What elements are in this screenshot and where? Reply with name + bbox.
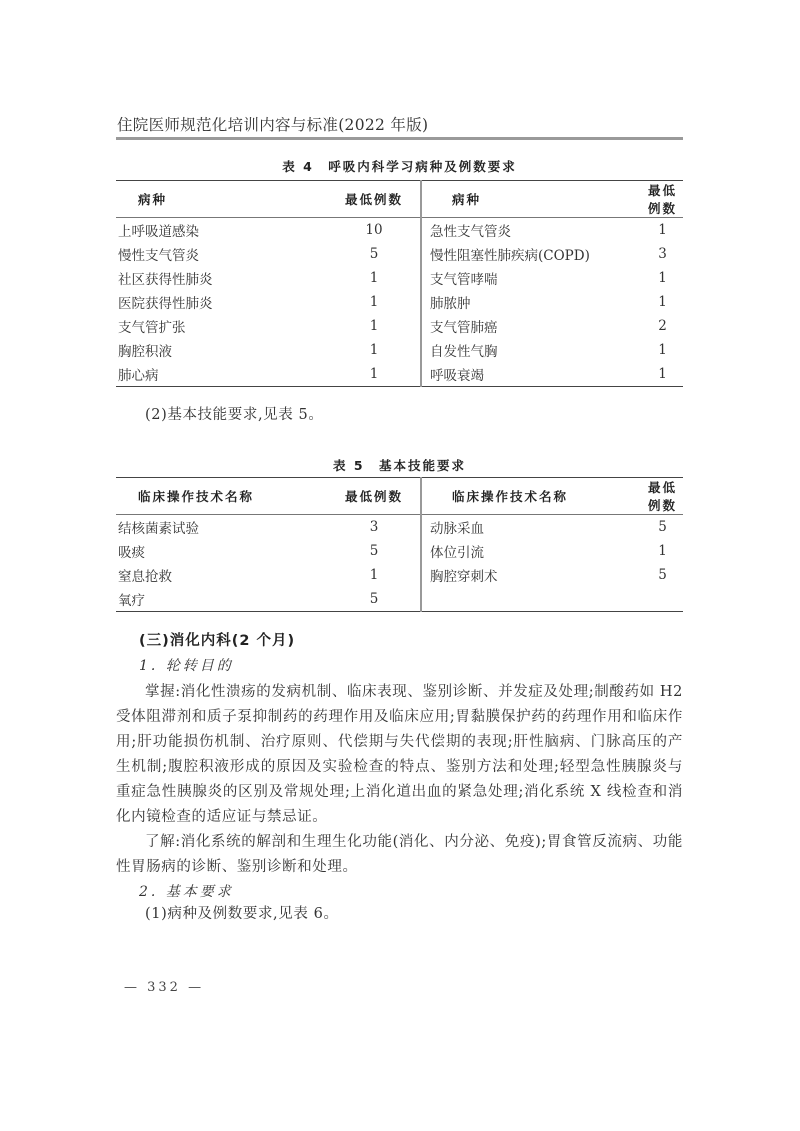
table5-header: 临床操作技术名称 xyxy=(421,478,642,515)
table-cell: 胸腔穿刺术 xyxy=(421,563,642,587)
table5-caption: 表 5 基本技能要求 xyxy=(116,456,683,474)
table-cell: 急性支气管炎 xyxy=(421,218,642,243)
table-cell: 窒息抢救 xyxy=(116,563,328,587)
table5-header: 最低例数 xyxy=(642,478,683,515)
table-cell: 医院获得性肺炎 xyxy=(116,290,328,314)
table-row: 胸腔积液 1 自发性气胸 1 xyxy=(116,338,683,362)
table-cell: 5 xyxy=(328,242,421,266)
table-cell: 1 xyxy=(642,290,683,314)
table-cell: 1 xyxy=(328,314,421,338)
table-row: 慢性支气管炎 5 慢性阻塞性肺疾病(COPD) 3 xyxy=(116,242,683,266)
table4-header-row: 病种 最低例数 病种 最低例数 xyxy=(116,181,683,218)
subsection-title: 2. 基本要求 xyxy=(139,881,234,901)
table-cell: 肺心病 xyxy=(116,362,328,387)
table-row: 支气管扩张 1 支气管肺癌 2 xyxy=(116,314,683,338)
table-row: 社区获得性肺炎 1 支气管哮喘 1 xyxy=(116,266,683,290)
table-row: 医院获得性肺炎 1 肺脓肿 1 xyxy=(116,290,683,314)
table4-header: 病种 xyxy=(421,181,642,218)
table-cell: 呼吸衰竭 xyxy=(421,362,642,387)
table-cell: 3 xyxy=(642,242,683,266)
table-cell: 1 xyxy=(328,266,421,290)
table-cell: 1 xyxy=(642,218,683,243)
table-row: 肺心病 1 呼吸衰竭 1 xyxy=(116,362,683,387)
table-cell: 1 xyxy=(642,266,683,290)
table-cell: 吸痰 xyxy=(116,539,328,563)
table-row: 吸痰 5 体位引流 1 xyxy=(116,539,683,563)
table5-header: 临床操作技术名称 xyxy=(116,478,328,515)
table4: 病种 最低例数 病种 最低例数 上呼吸道感染 10 急性支气管炎 1 慢性支气管… xyxy=(116,180,683,387)
table-cell: 社区获得性肺炎 xyxy=(116,266,328,290)
table-cell: 5 xyxy=(328,587,421,612)
table-cell: 5 xyxy=(642,515,683,540)
table-cell: 1 xyxy=(328,362,421,387)
understand-paragraph: 了解:消化系统的解剖和生理生化功能(消化、内分泌、免疫);胃食管反流病、功能性胃… xyxy=(116,830,683,880)
table-cell: 慢性支气管炎 xyxy=(116,242,328,266)
table-cell xyxy=(642,587,683,612)
table-cell: 1 xyxy=(642,539,683,563)
header-rule xyxy=(116,137,683,140)
running-head: 住院医师规范化培训内容与标准(2022 年版) xyxy=(117,113,428,135)
page-number: — 332 — xyxy=(124,980,204,995)
table-row: 窒息抢救 1 胸腔穿刺术 5 xyxy=(116,563,683,587)
table-cell: 5 xyxy=(328,539,421,563)
table4-header: 病种 xyxy=(116,181,328,218)
table4-header: 最低例数 xyxy=(642,181,683,218)
section-title: (三)消化内科(2 个月) xyxy=(139,629,295,650)
table-cell: 1 xyxy=(328,290,421,314)
table-cell: 体位引流 xyxy=(421,539,642,563)
table-cell: 5 xyxy=(642,563,683,587)
table-row: 结核菌素试验 3 动脉采血 5 xyxy=(116,515,683,540)
table5-header-row: 临床操作技术名称 最低例数 临床操作技术名称 最低例数 xyxy=(116,478,683,515)
table-cell: 氧疗 xyxy=(116,587,328,612)
table-cell: 支气管扩张 xyxy=(116,314,328,338)
subsection-title: 1. 轮转目的 xyxy=(139,655,234,675)
table-row: 氧疗 5 xyxy=(116,587,683,612)
master-paragraph: 掌握:消化性溃疡的发病机制、临床表现、鉴别诊断、并发症及处理;制酸药如 H2 受… xyxy=(116,680,683,830)
table-cell: 2 xyxy=(642,314,683,338)
table-row: 上呼吸道感染 10 急性支气管炎 1 xyxy=(116,218,683,243)
table-cell: 3 xyxy=(328,515,421,540)
table-cell: 动脉采血 xyxy=(421,515,642,540)
requirement-paragraph: (1)病种及例数要求,见表 6。 xyxy=(116,902,683,927)
table5: 临床操作技术名称 最低例数 临床操作技术名称 最低例数 结核菌素试验 3 动脉采… xyxy=(116,477,683,612)
table-cell: 支气管哮喘 xyxy=(421,266,642,290)
table-cell: 10 xyxy=(328,218,421,243)
table-cell: 上呼吸道感染 xyxy=(116,218,328,243)
table-cell: 1 xyxy=(328,338,421,362)
table-cell: 肺脓肿 xyxy=(421,290,642,314)
table-cell: 自发性气胸 xyxy=(421,338,642,362)
table-cell: 1 xyxy=(642,362,683,387)
table5-header: 最低例数 xyxy=(328,478,421,515)
table-cell: 慢性阻塞性肺疾病(COPD) xyxy=(421,242,642,266)
table4-caption: 表 4 呼吸内科学习病种及例数要求 xyxy=(116,157,683,175)
table-cell: 胸腔积液 xyxy=(116,338,328,362)
table-cell: 支气管肺癌 xyxy=(421,314,642,338)
table-cell: 结核菌素试验 xyxy=(116,515,328,540)
table-cell: 1 xyxy=(642,338,683,362)
table-cell: 1 xyxy=(328,563,421,587)
skill-reference-paragraph: (2)基本技能要求,见表 5。 xyxy=(116,403,683,428)
table4-header: 最低例数 xyxy=(328,181,421,218)
table-cell xyxy=(421,587,642,612)
